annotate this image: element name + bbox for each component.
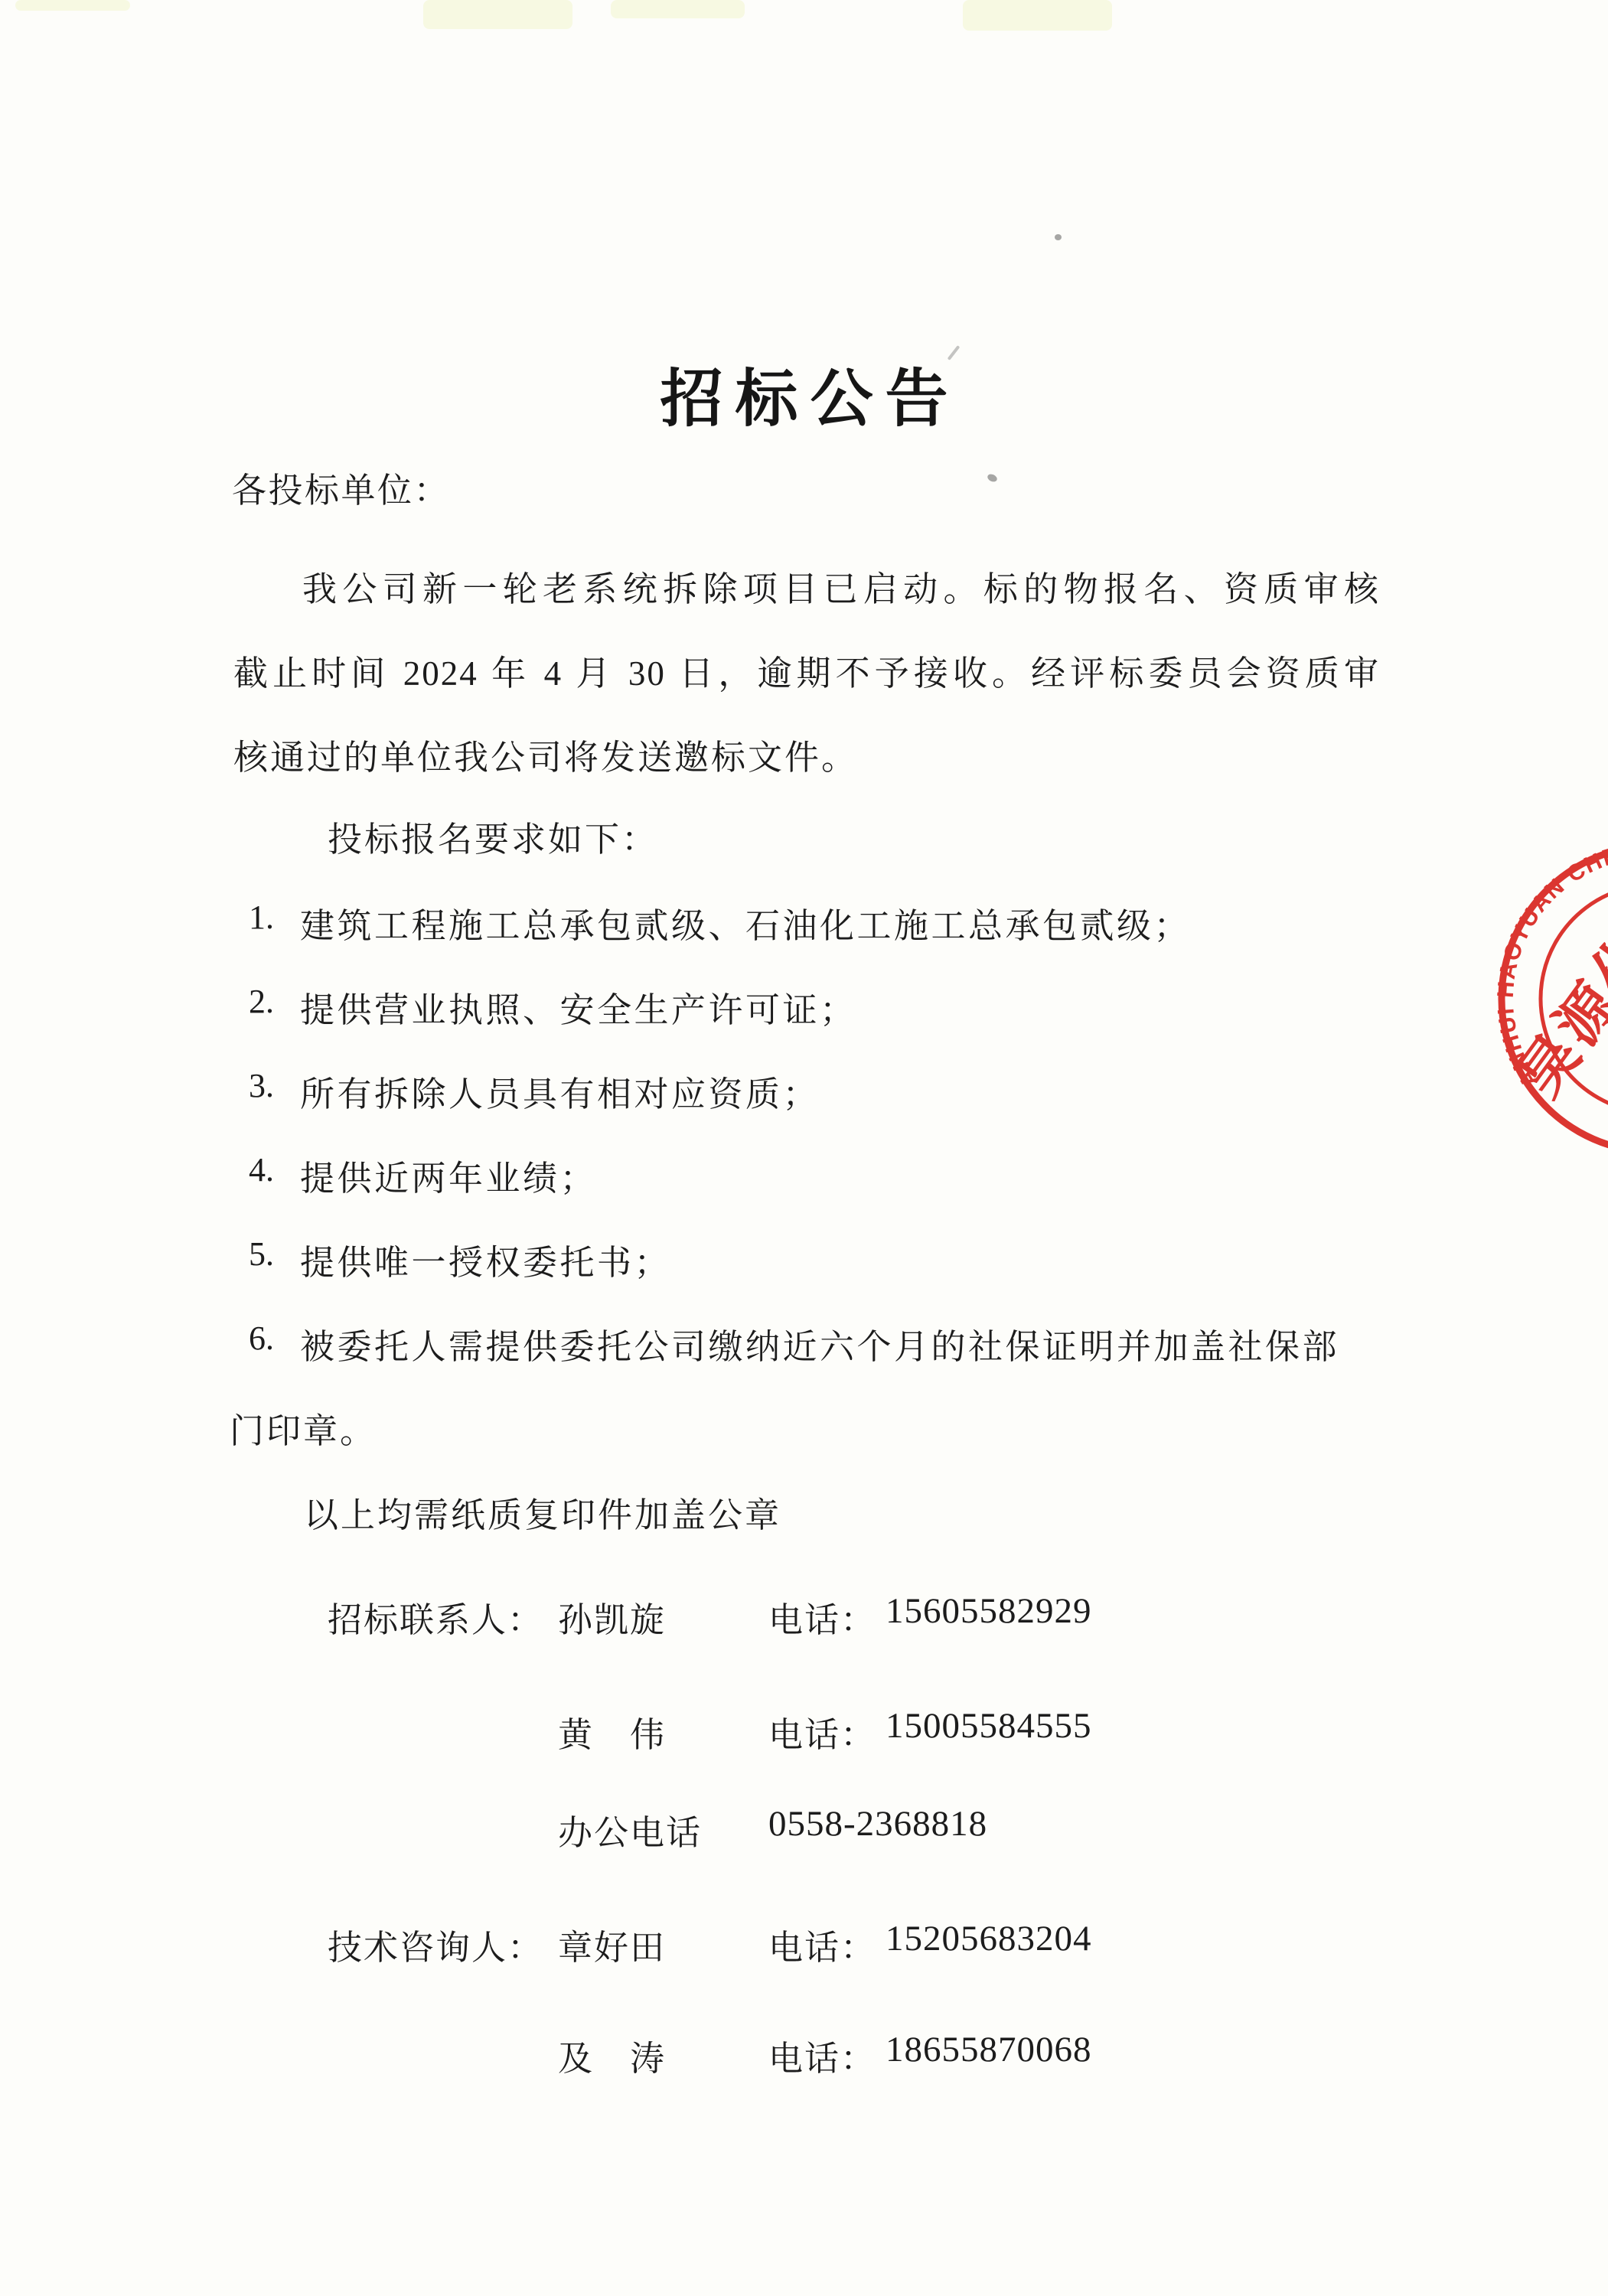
scan-speck bbox=[987, 473, 999, 484]
paragraph-line-2: 截止时间 2024 年 4 月 30 日，逾期不予接收。经评标委员会资质审 bbox=[233, 645, 1380, 695]
requirement-item: 5. 提供唯一授权委托书； bbox=[0, 1234, 1608, 1280]
phone-label: 电话： bbox=[768, 1592, 876, 1642]
contact-row: 招标联系人： 孙凯旋 电话： 15605582929 bbox=[328, 1592, 1399, 1641]
company-seal-stamp: ANHUI HAOYUAN CHEMICAL GROUP CO., LTD. 昊… bbox=[1494, 838, 1608, 1159]
item-number: 6. bbox=[249, 1319, 274, 1358]
contact-name: 办公电话 bbox=[558, 1805, 702, 1854]
phone-number: 15005584555 bbox=[886, 1705, 1092, 1746]
contact-name: 孙凯旋 bbox=[558, 1592, 666, 1642]
requirements-heading: 投标报名要求如下： bbox=[328, 811, 658, 861]
contact-row: 黄 伟 电话： 15005584555 bbox=[328, 1707, 1399, 1756]
phone-number: 18655870068 bbox=[886, 2029, 1092, 2070]
contact-name: 黄 伟 bbox=[558, 1707, 666, 1756]
item-text: 提供近两年业绩； bbox=[300, 1150, 597, 1200]
phone-label: 电话： bbox=[768, 1919, 876, 1969]
item-text: 所有拆除人员具有相对应资质； bbox=[300, 1066, 820, 1116]
requirement-item: 1. 建筑工程施工总承包贰级、石油化工施工总承包贰级； bbox=[0, 898, 1608, 944]
scan-smudge bbox=[15, 0, 130, 11]
item-number: 4. bbox=[249, 1150, 274, 1189]
item-text: 提供营业执照、安全生产许可证； bbox=[300, 982, 857, 1032]
item-number: 2. bbox=[249, 982, 274, 1021]
phone-label: 电话： bbox=[768, 1707, 876, 1756]
phone-number: 0558-2368818 bbox=[768, 1803, 987, 1844]
item-number: 1. bbox=[249, 898, 274, 937]
contact-role-label: 招标联系人： bbox=[328, 1592, 543, 1642]
paragraph-line-1: 我公司新一轮老系统拆除项目已启动。标的物报名、资质审核 bbox=[233, 561, 1380, 611]
scan-speck bbox=[1055, 234, 1062, 240]
contact-row: 办公电话 0558-2368818 bbox=[328, 1805, 1399, 1854]
scan-smudge bbox=[423, 0, 572, 29]
copies-note: 以上均需纸质复印件加盖公章 bbox=[304, 1487, 781, 1537]
item-text: 提供唯一授权委托书； bbox=[300, 1234, 671, 1284]
contact-row: 及 涛 电话： 18655870068 bbox=[328, 2030, 1399, 2079]
requirement-item: 2. 提供营业执照、安全生产许可证； bbox=[0, 982, 1608, 1028]
contact-role-label: 技术咨询人： bbox=[328, 1919, 543, 1969]
contact-row: 技术咨询人： 章好田 电话： 15205683204 bbox=[328, 1919, 1399, 1968]
phone-number: 15205683204 bbox=[886, 1918, 1092, 1959]
phone-number: 15605582929 bbox=[886, 1590, 1092, 1632]
seal-graphic: ANHUI HAOYUAN CHEMICAL GROUP CO., LTD. 昊… bbox=[1494, 838, 1608, 1159]
contact-name: 及 涛 bbox=[558, 2030, 666, 2080]
salutation: 各投标单位： bbox=[232, 462, 450, 512]
scanned-document-page: 招标公告 各投标单位： 我公司新一轮老系统拆除项目已启动。标的物报名、资质审核 … bbox=[0, 0, 1608, 2296]
paragraph-line-3: 核通过的单位我公司将发送邀标文件。 bbox=[233, 729, 858, 779]
requirement-6-continuation: 门印章。 bbox=[230, 1403, 377, 1453]
scan-smudge bbox=[611, 0, 745, 18]
item-text: 建筑工程施工总承包贰级、石油化工施工总承包贰级； bbox=[300, 898, 1191, 947]
phone-label: 电话： bbox=[768, 2030, 876, 2080]
contact-name: 章好田 bbox=[558, 1919, 666, 1969]
page-title: 招标公告 bbox=[0, 349, 1608, 439]
requirement-item: 4. 提供近两年业绩； bbox=[0, 1150, 1608, 1196]
requirement-item: 6. 被委托人需提供委托公司缴纳近六个月的社保证明并加盖社保部 bbox=[0, 1319, 1608, 1365]
item-text: 被委托人需提供委托公司缴纳近六个月的社保证明并加盖社保部 bbox=[300, 1319, 1339, 1368]
scan-smudge bbox=[963, 0, 1112, 31]
item-number: 3. bbox=[249, 1066, 274, 1105]
item-number: 5. bbox=[249, 1234, 274, 1274]
requirement-item: 3. 所有拆除人员具有相对应资质； bbox=[0, 1066, 1608, 1112]
